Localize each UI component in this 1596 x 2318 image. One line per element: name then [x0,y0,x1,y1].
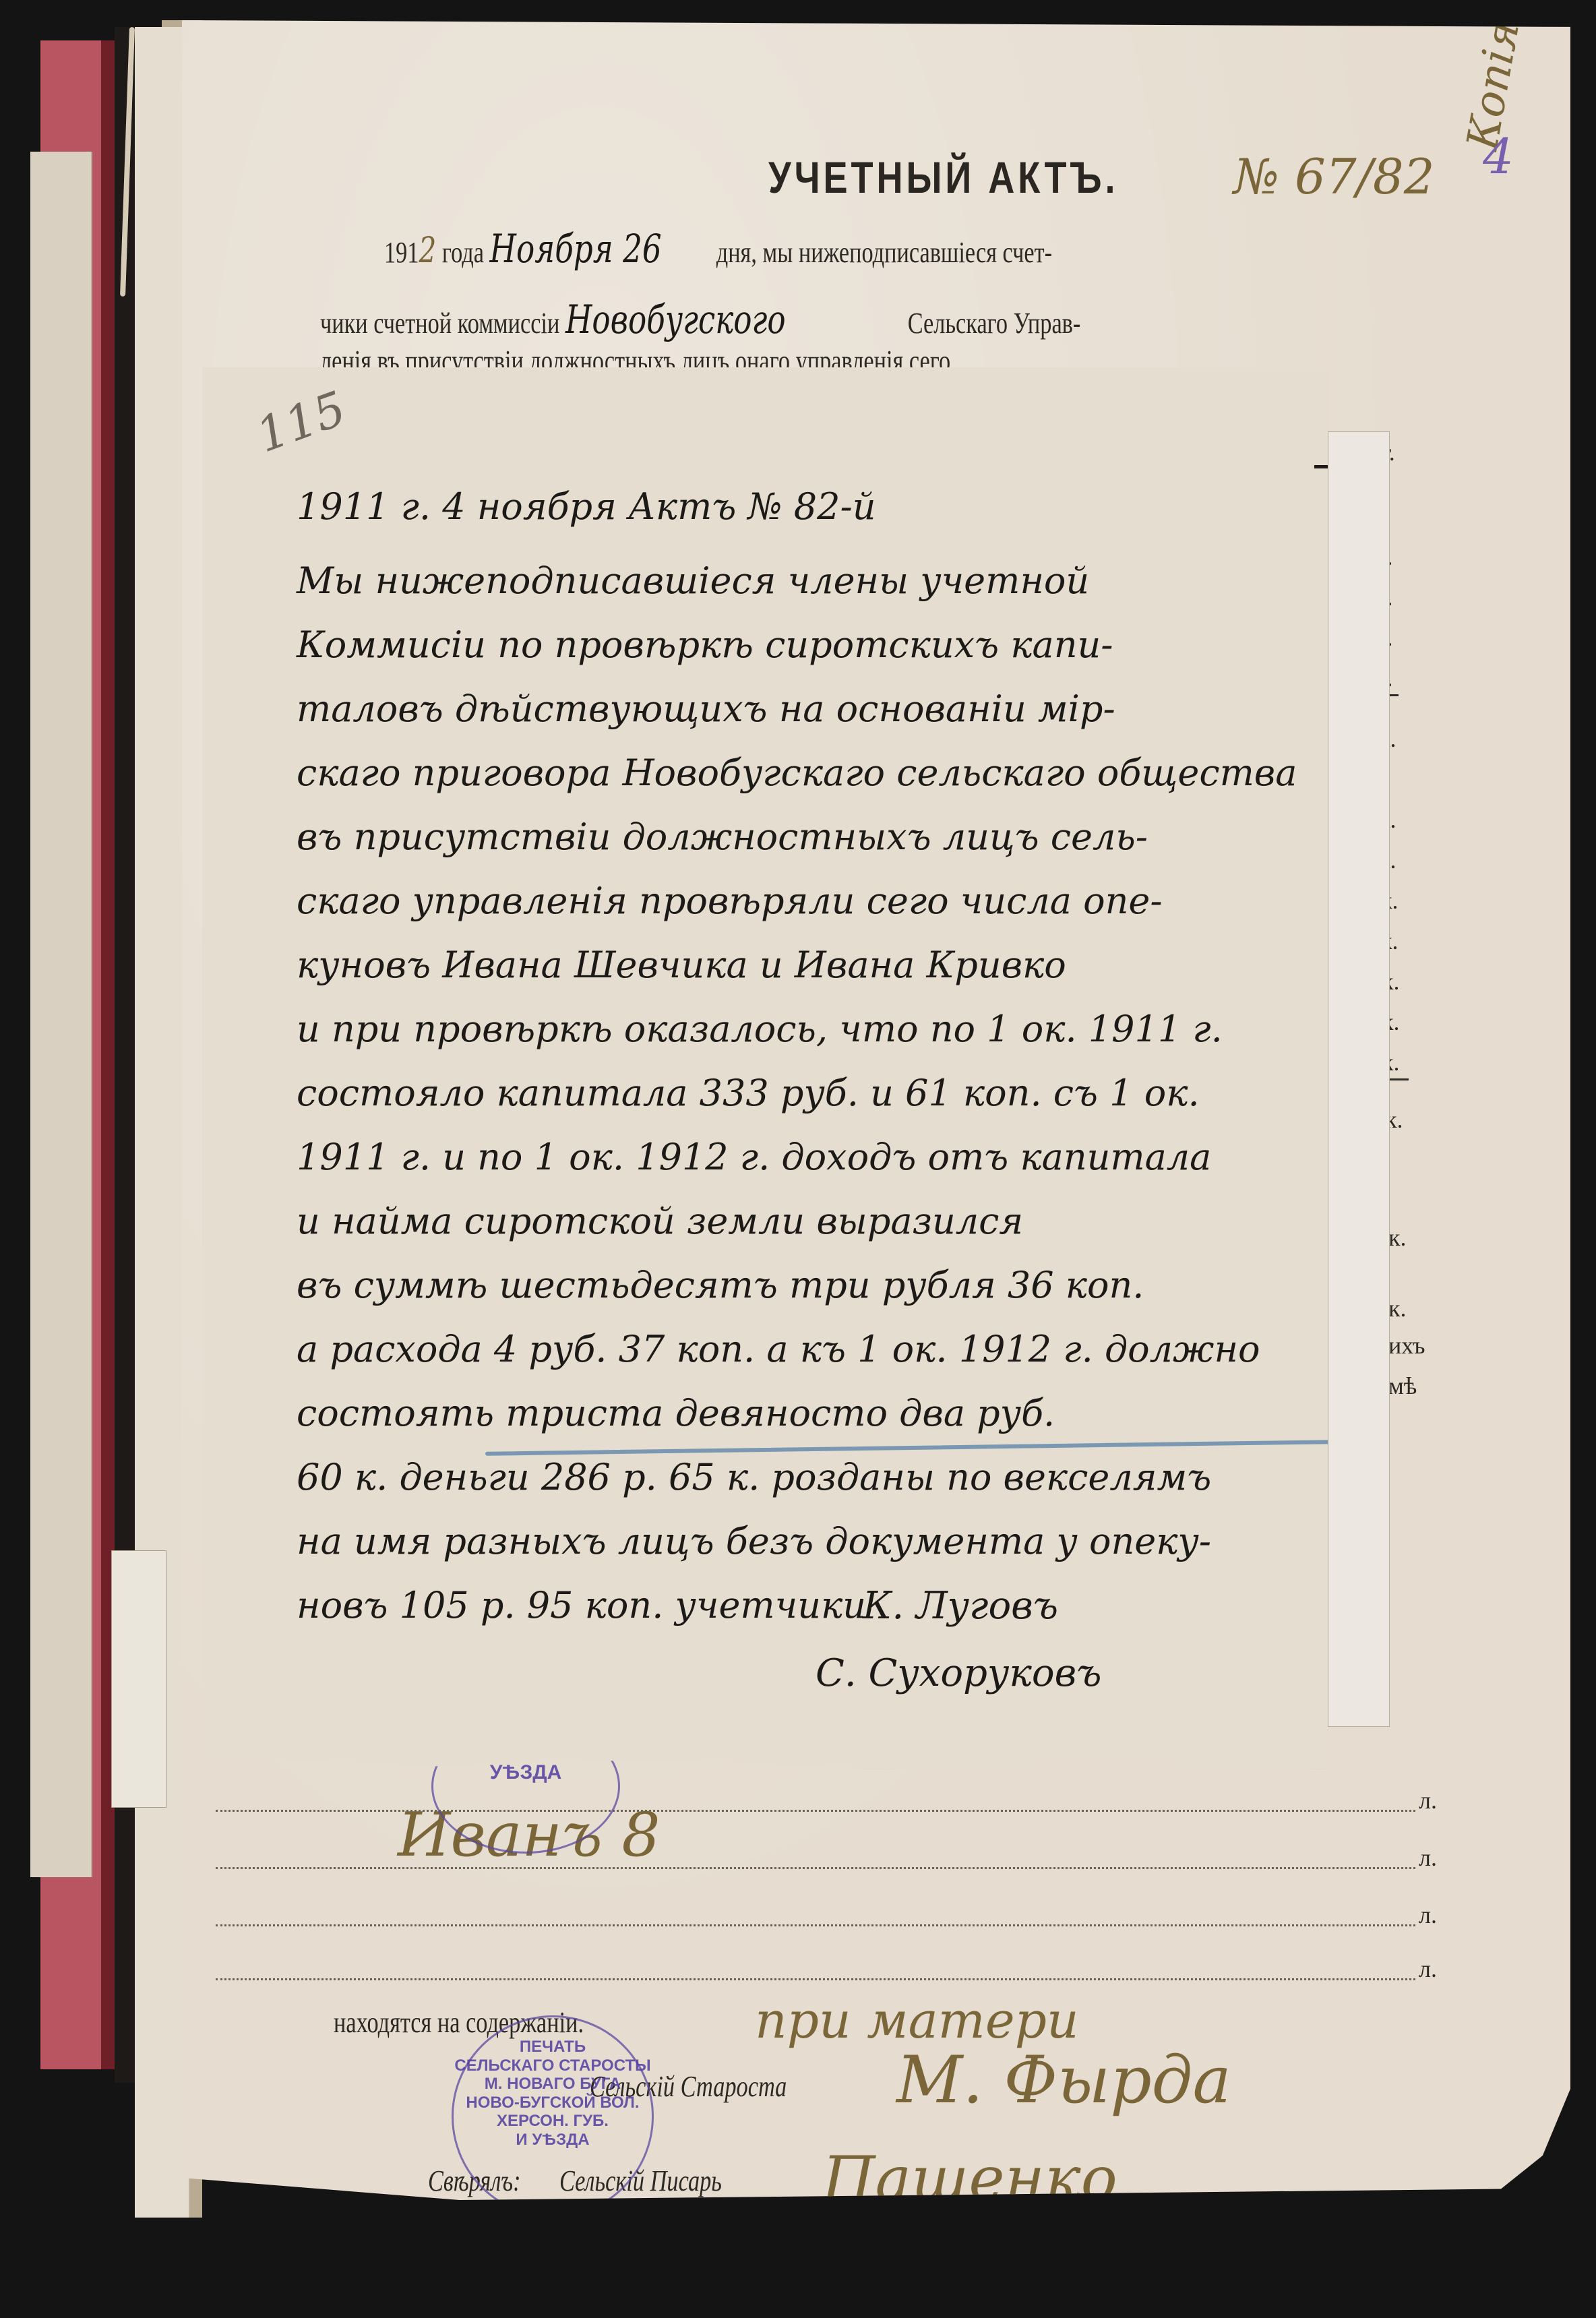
list-line-3 [216,1924,1415,1926]
copy-line: состояло капитала 333 руб. и 61 коп. съ … [297,1072,1200,1114]
year-prefix: 191 [384,236,419,269]
copy-line: скаго приговора Новобугскаго сельскаго о… [297,752,1297,794]
stamp-line: ХЕРСОН. ГУБ. [454,2112,652,2131]
copy-left-mark: 115 [249,381,353,464]
copy-line: на имя разныхъ лицъ безъ документа у опе… [297,1520,1211,1562]
list-line-2 [216,1867,1415,1869]
copy-line: Мы нижеподписавшіеся члены учетной [297,559,1089,602]
list-mark: л. [1419,1955,1437,1983]
handwritten-copy-sheet: Копія 2 115 1911 г. 4 ноября Актъ № 82-й… [202,367,1328,1769]
copy-line: и найма сиротской земли выразился [297,1200,1023,1242]
list-line-4 [216,1978,1415,1980]
copy-line: таловъ дѣйствующихъ на основаніи мір- [297,688,1115,730]
copy-line: 1911 г. 4 ноября Актъ № 82-й [297,485,876,528]
list-mark: л. [1419,1843,1437,1872]
copy-line: а расхода 4 руб. 37 коп. а къ 1 ок. 1912… [297,1328,1260,1370]
signature-flourish [856,2224,1328,2227]
line2-suffix: Сельскаго Управ- [908,307,1081,340]
signature-sukhorukov: С. Сухоруковъ [816,1651,1101,1695]
village-hand: Новобугского [565,297,902,342]
line2-prefix: чики счетной коммиссіи [320,307,559,340]
paper-strip-right [1328,431,1390,1727]
copy-line: Коммисіи по провѣркѣ сиротскихъ капи- [297,623,1113,666]
clerk-signature: Пашенко [822,2143,1117,2214]
mark-kop: к. [1388,1223,1407,1252]
maintenance-hand: при матери [755,1992,1079,2050]
copy-line: скаго управленія провѣряли сего числа оп… [297,880,1163,922]
back-page-left [30,152,92,1877]
stamp-line: ПЕЧАТЬ [454,2038,652,2056]
copy-line: въ присутствіи должностныхъ лицъ сель- [297,816,1148,858]
year-label: года [442,236,484,269]
list-mark: л. [1419,1901,1437,1929]
blue-pencil-underline [485,1440,1334,1456]
copy-line: куновъ Ивана Шевчика и Ивана Кривко [297,944,1066,986]
page-stack-edge [135,27,190,2218]
stamp-line: И УѢЗДА [454,2131,652,2149]
copy-line: новъ 105 р. 95 коп. учетчики [297,1584,866,1626]
paper-slip [111,1550,166,1808]
copy-line: состоять триста девяносто два руб. [297,1392,1055,1434]
list-mark: л. [1419,1786,1437,1814]
mark-ikh: ихъ [1388,1331,1425,1360]
copy-line: 60 к. деньги 286 р. 65 к. розданы по век… [297,1456,1211,1498]
stamp-line: М. НОВАГО БУГА [454,2075,652,2094]
form-title: УЧЕТНЫЙ АКТЪ. [768,152,1118,203]
date-hand: Ноября 26 [490,226,711,272]
mark-me: мѣ [1388,1372,1417,1400]
line1-suffix: дня, мы нижеподписавшіеся счет- [716,236,1052,269]
elder-signature: М. Фырда [896,2042,1231,2118]
year-suffix-hand: 2 [419,231,436,271]
signature-lugov: К. Луговъ [863,1584,1058,1628]
violet-mark: 4 [1483,128,1514,185]
mark-kop: к. [1388,1294,1407,1322]
copy-line: въ суммѣ шестьдесятъ три рубля 36 коп. [297,1264,1144,1306]
stamp-line: СЕЛЬСКАГО СТАРОСТЫ [454,2056,652,2075]
list-line-1 [216,1810,1415,1812]
stamp-line: НОВО-БУГСКОЙ ВОЛ. [454,2094,652,2112]
form-line-2: чики счетной коммиссіи Новобугского Сель… [320,297,1080,342]
form-line-1: 1912 года Ноября 26 дня, мы нижеподписав… [384,226,1052,272]
reference-number: № 67/82 [1233,148,1435,205]
village-elder-stamp: ПЕЧАТЬ СЕЛЬСКАГО СТАРОСТЫ М. НОВАГО БУГА… [452,2015,654,2218]
copy-line: и при провѣркѣ оказалось, что по 1 ок. 1… [297,1008,1223,1050]
copy-line: 1911 г. и по 1 ок. 1912 г. доходъ отъ ка… [297,1136,1211,1178]
